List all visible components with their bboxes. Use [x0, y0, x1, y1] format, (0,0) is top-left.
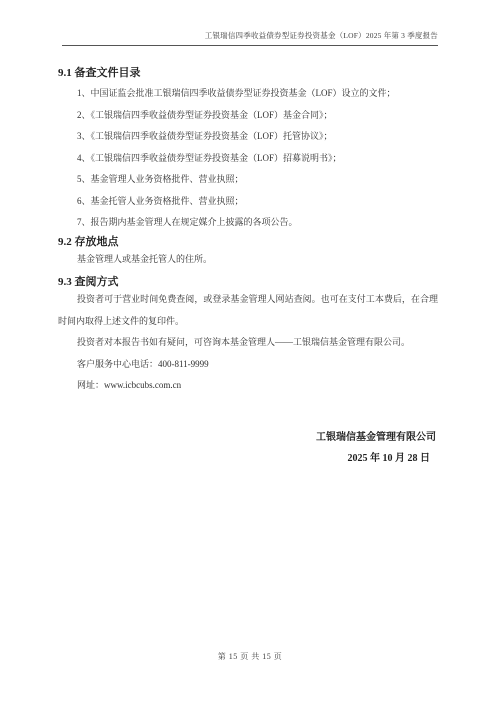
backup-documents-list: 1、中国证监会批准工银瑞信四季收益债券型证券投资基金（LOF）设立的文件； 2、…	[58, 83, 438, 234]
company-name: 工银瑞信基金管理有限公司	[58, 427, 436, 449]
section-9-1-heading: 9.1 备查文件目录	[58, 67, 438, 80]
list-item: 3、《工银瑞信四季收益债券型证券投资基金（LOF）托管协议》；	[58, 126, 438, 148]
website-line: 网址：www.icbcubs.com.cn	[58, 375, 438, 397]
customer-service-phone-line: 客户服务中心电话：400-811-9999	[58, 354, 438, 376]
list-item: 1、中国证监会批准工银瑞信四季收益债券型证券投资基金（LOF）设立的文件；	[58, 83, 438, 105]
page-content: 工银瑞信四季收益债券型证券投资基金（LOF）2025 年第 3 季度报告 9.1…	[0, 0, 500, 470]
page-header-title: 工银瑞信四季收益债券型证券投资基金（LOF）2025 年第 3 季度报告	[62, 0, 438, 46]
access-method-block: 投资者可于营业时间免费查阅，或登录基金管理人网站查阅。也可在支付工本费后，在合理…	[58, 289, 438, 397]
list-item: 5、基金管理人业务资格批件、营业执照；	[58, 169, 438, 191]
list-item: 6、基金托管人业务资格批件、营业执照；	[58, 191, 438, 213]
list-item: 7、报告期内基金管理人在规定媒介上披露的各项公告。	[58, 212, 438, 234]
section-9-2-heading: 9.2 存放地点	[58, 236, 438, 249]
signature-block: 工银瑞信基金管理有限公司 2025 年 10 月 28 日	[58, 427, 438, 470]
access-paragraph-2: 投资者对本报告书如有疑问，可咨询本基金管理人——工银瑞信基金管理有限公司。	[58, 332, 438, 354]
report-date: 2025 年 10 月 28 日	[58, 448, 430, 470]
page-number-footer: 第 15 页 共 15 页	[0, 651, 500, 662]
report-page: 工银瑞信四季收益债券型证券投资基金（LOF）2025 年第 3 季度报告 9.1…	[0, 0, 500, 707]
list-item: 4、《工银瑞信四季收益债券型证券投资基金（LOF）招募说明书》；	[58, 148, 438, 170]
access-paragraph-1: 投资者可于营业时间免费查阅，或登录基金管理人网站查阅。也可在支付工本费后，在合理…	[58, 289, 438, 332]
storage-location-paragraph: 基金管理人或基金托管人的住所。	[58, 249, 438, 271]
list-item: 2、《工银瑞信四季收益债券型证券投资基金（LOF）基金合同》；	[58, 105, 438, 127]
section-9-3-heading: 9.3 查阅方式	[58, 276, 438, 289]
